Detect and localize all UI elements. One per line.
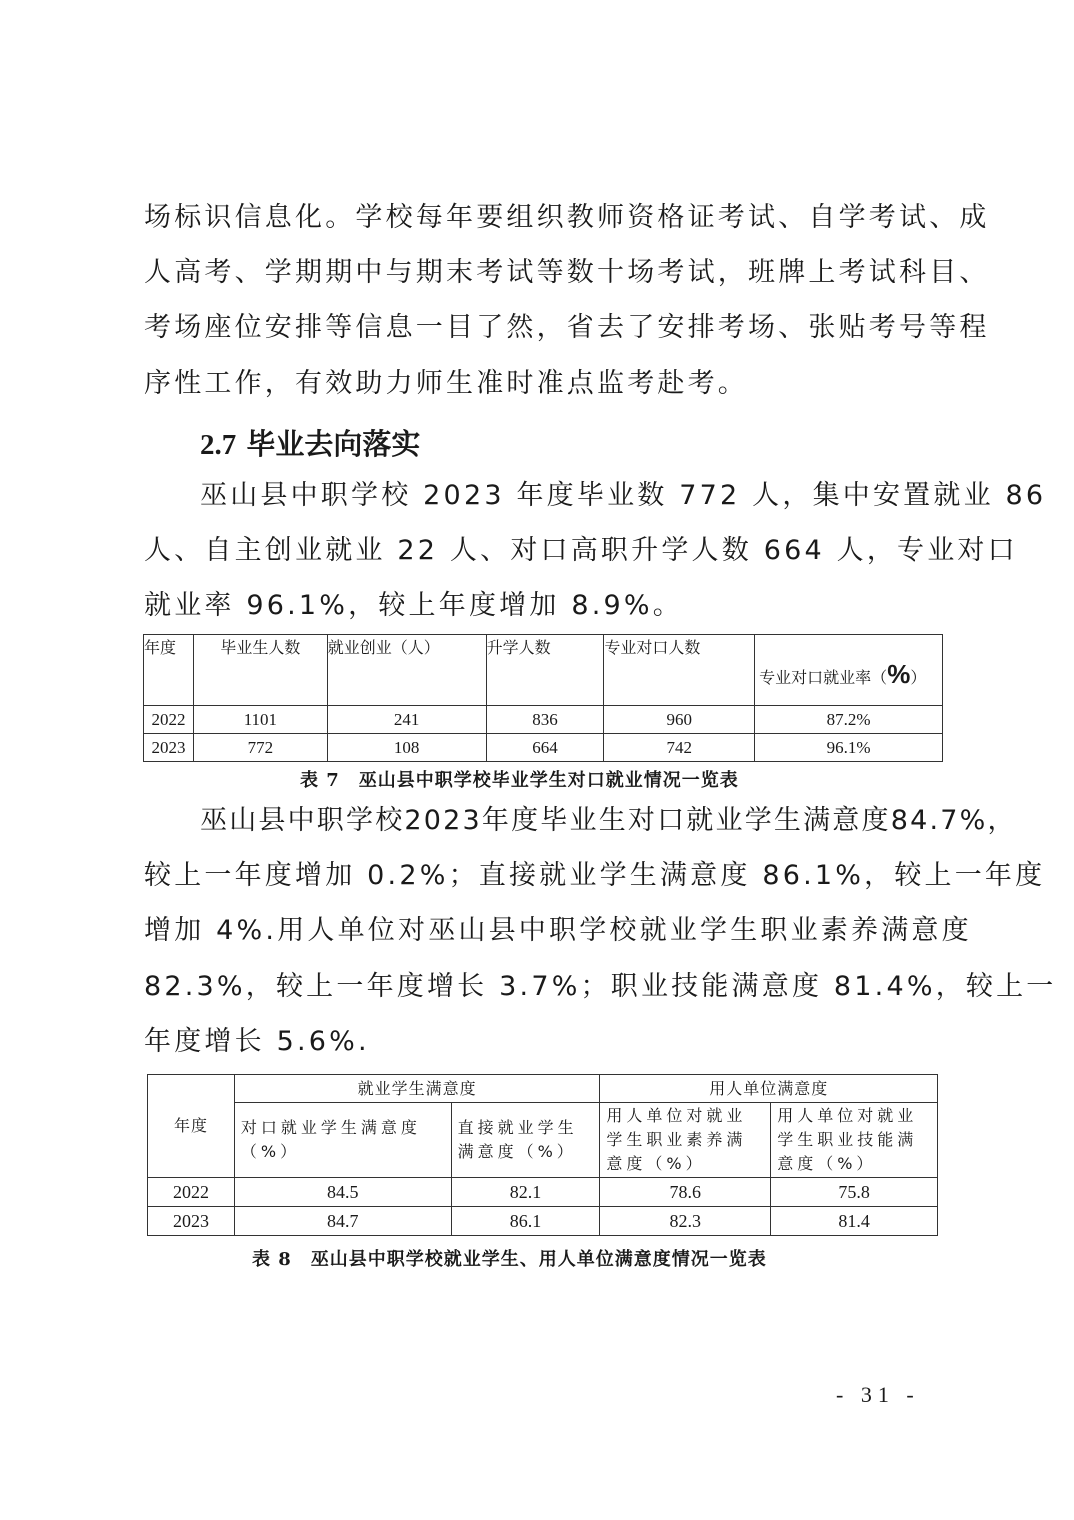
para2-line-5: 年度增长 5.6%. [144, 1024, 944, 1060]
para1-line-1: 巫山县中职学校 2023 年度毕业数 772 人，集中安置就业 86 [200, 478, 1000, 514]
cell-employment: 108 [327, 734, 486, 762]
cell-matched-student: 84.7 [234, 1207, 451, 1236]
header-direct-student-satisfaction: 直接就业学生满意度（%） [451, 1103, 600, 1178]
para2-line-4: 82.3%，较上一年度增长 3.7%；职业技能满意度 81.4%，较上一 [144, 969, 944, 1005]
cell-employer-literacy: 78.6 [600, 1178, 771, 1207]
header-matched-rate-label: 专业对口就业率（ [759, 668, 887, 687]
cell-direct-student: 82.1 [451, 1178, 600, 1207]
cell-matched-student: 84.5 [234, 1178, 451, 1207]
table-row: 2022 1101 241 836 960 87.2% [144, 706, 943, 734]
page-number: - 31 - [836, 1382, 920, 1408]
para1-line-2: 人、自主创业就业 22 人、对口高职升学人数 664 人，专业对口 [144, 533, 944, 569]
header-pct-symbol: % [887, 659, 910, 689]
header-further-study: 升学人数 [486, 635, 604, 706]
header-matched-rate: 专业对口就业率（%） [755, 635, 943, 706]
intro-line-4: 序性工作，有效助力师生准时准点监考赴考。 [144, 366, 944, 402]
cell-matched-rate: 87.2% [755, 706, 943, 734]
table-row: 2023 772 108 664 742 96.1% [144, 734, 943, 762]
table-8-sub-header-row: 对口就业学生满意度（%） 直接就业学生满意度（%） 用人单位对就业学生职业素养满… [148, 1103, 938, 1178]
cell-matched-count: 742 [604, 734, 755, 762]
table-row: 2022 84.5 82.1 78.6 75.8 [148, 1178, 938, 1207]
table-8-satisfaction: 年度 就业学生满意度 用人单位满意度 对口就业学生满意度（%） 直接就业学生满意… [147, 1074, 938, 1236]
header-year: 年度 [144, 635, 194, 706]
para2-line-2: 较上一年度增加 0.2%；直接就业学生满意度 86.1%，较上一年度 [144, 858, 944, 894]
table-7-caption: 表 7 巫山县中职学校毕业学生对口就业情况一览表 [300, 766, 739, 792]
header-employment: 就业创业（人） [327, 635, 486, 706]
table-8-caption: 表 8 巫山县中职学校就业学生、用人单位满意度情况一览表 [252, 1245, 767, 1271]
table-7-employment: 年度 毕业生人数 就业创业（人） 升学人数 专业对口人数 专业对口就业率（%） … [143, 634, 943, 762]
table-row: 2023 84.7 86.1 82.3 81.4 [148, 1207, 938, 1236]
header-matched-count: 专业对口人数 [604, 635, 755, 706]
para2-line-1: 巫山县中职学校2023年度毕业生对口就业学生满意度84.7%， [200, 803, 1000, 839]
cell-employment: 241 [327, 706, 486, 734]
cell-year: 2022 [144, 706, 194, 734]
para1-line-3: 就业率 96.1%，较上年度增加 8.9%。 [144, 588, 944, 624]
header-year: 年度 [148, 1075, 235, 1178]
table-7-header-row: 年度 毕业生人数 就业创业（人） 升学人数 专业对口人数 专业对口就业率（%） [144, 635, 943, 706]
intro-line-2: 人高考、学期期中与期末考试等数十场考试，班牌上考试科目、 [144, 255, 944, 291]
header-matched-student-satisfaction: 对口就业学生满意度（%） [234, 1103, 451, 1178]
cell-graduates: 772 [193, 734, 327, 762]
cell-matched-count: 960 [604, 706, 755, 734]
cell-direct-student: 86.1 [451, 1207, 600, 1236]
section-heading: 2.7 毕业去向落实 [200, 426, 420, 463]
header-employer-skill-satisfaction: 用人单位对就业学生职业技能满意度（%） [771, 1103, 938, 1178]
cell-further-study: 836 [486, 706, 604, 734]
cell-employer-literacy: 82.3 [600, 1207, 771, 1236]
intro-line-1: 场标识信息化。学校每年要组织教师资格证考试、自学考试、成 [144, 200, 944, 236]
cell-year: 2023 [144, 734, 194, 762]
intro-line-3: 考场座位安排等信息一目了然，省去了安排考场、张贴考号等程 [144, 310, 944, 346]
header-paren-close: ） [910, 668, 926, 687]
section-number: 2.7 [200, 429, 236, 461]
cell-year: 2023 [148, 1207, 235, 1236]
header-employer-satisfaction: 用人单位满意度 [600, 1075, 938, 1103]
cell-further-study: 664 [486, 734, 604, 762]
cell-matched-rate: 96.1% [755, 734, 943, 762]
cell-year: 2022 [148, 1178, 235, 1207]
cell-graduates: 1101 [193, 706, 327, 734]
section-title: 毕业去向落实 [246, 427, 420, 461]
cell-employer-skill: 81.4 [771, 1207, 938, 1236]
cell-employer-skill: 75.8 [771, 1178, 938, 1207]
header-graduates: 毕业生人数 [193, 635, 327, 706]
table-8-group-header-row: 年度 就业学生满意度 用人单位满意度 [148, 1075, 938, 1103]
para2-line-3: 增加 4%.用人单位对巫山县中职学校就业学生职业素养满意度 [144, 913, 944, 949]
header-student-satisfaction: 就业学生满意度 [234, 1075, 600, 1103]
header-employer-literacy-satisfaction: 用人单位对就业学生职业素养满意度（%） [600, 1103, 771, 1178]
